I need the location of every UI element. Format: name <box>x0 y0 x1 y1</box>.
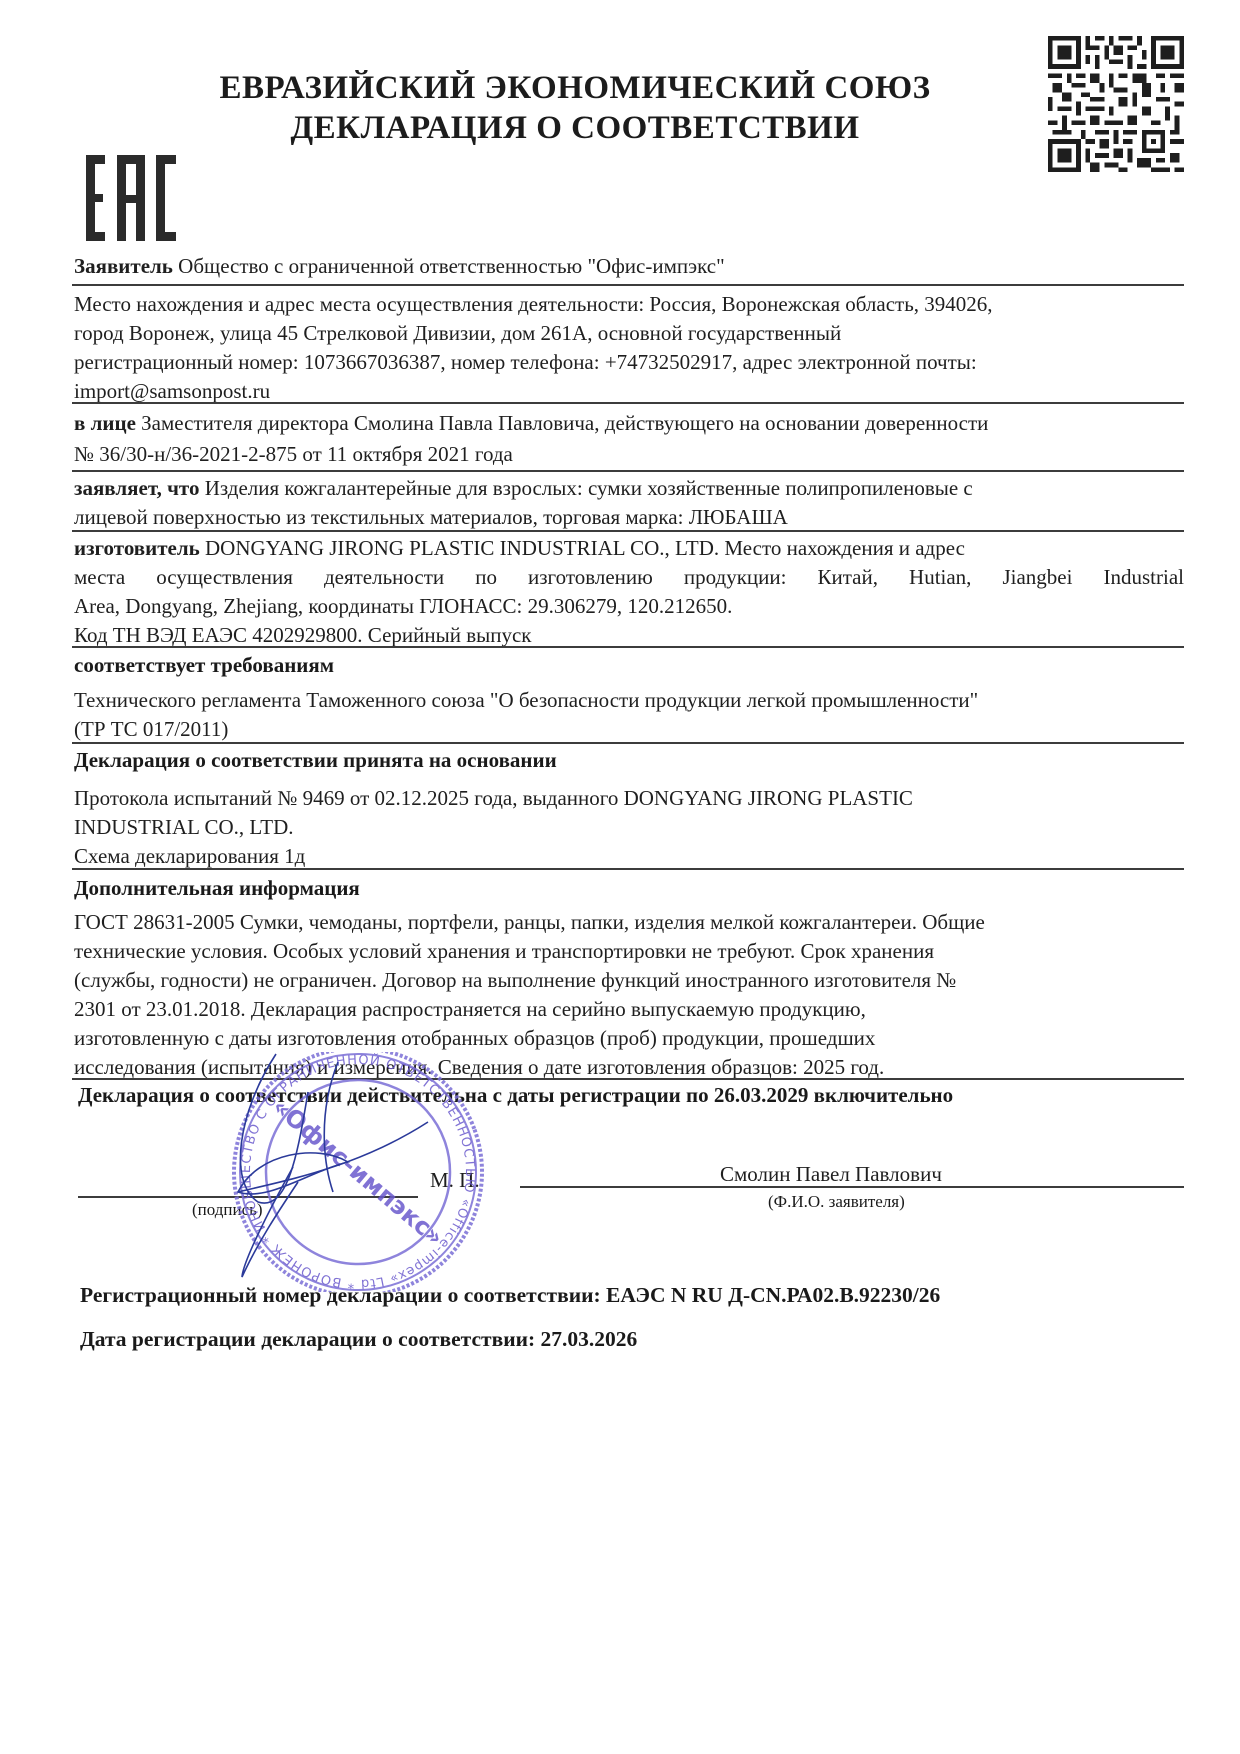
additional-info-line: ГОСТ 28631-2005 Сумки, чемоданы, портфел… <box>74 908 1184 937</box>
additional-info-line: 2301 от 23.01.2018. Декларация распростр… <box>74 995 1184 1024</box>
basis-heading: Декларация о соответствии принята на осн… <box>74 748 1184 773</box>
document-title-line1: ЕВРАЗИЙСКИЙ ЭКОНОМИЧЕСКИЙ СОЮЗ <box>200 68 950 108</box>
eac-mark-icon <box>86 155 176 241</box>
applicant-value: Общество с ограниченной ответственностью… <box>178 254 725 278</box>
divider <box>72 470 1184 472</box>
divider <box>72 742 1184 744</box>
regulation-line2: (ТР ТС 017/2011) <box>74 715 1184 744</box>
product-description-line1: Изделия кожгалантерейные для взрослых: с… <box>205 476 973 500</box>
manufacturer-line1: DONGYANG JIRONG PLASTIC INDUSTRIAL CO., … <box>205 536 965 560</box>
registration-number: Регистрационный номер декларации о соотв… <box>80 1283 940 1308</box>
qr-code-icon[interactable] <box>1046 36 1186 172</box>
additional-info-heading: Дополнительная информация <box>74 876 1184 901</box>
signatory-name: Смолин Павел Павлович <box>720 1160 942 1189</box>
representative-label: в лице <box>74 411 136 435</box>
declares: заявляет, что Изделия кожгалантерейные д… <box>74 474 1184 532</box>
conformity-heading: соответствует требованиям <box>74 653 1184 678</box>
registration-date: Дата регистрации декларации о соответств… <box>80 1327 637 1352</box>
manufacturer-line3: Area, Dongyang, Zhejiang, координаты ГЛО… <box>74 592 1184 621</box>
regulation-line1: Технического регламента Таможенного союз… <box>74 686 1184 715</box>
company-stamp: ОБЩЕСТВО С ОГРАНИЧЕННОЙ ОТВЕТСТВЕННОСТЬЮ… <box>198 1052 518 1292</box>
additional-info-line: изготовленную с даты изготовления отобра… <box>74 1024 1184 1053</box>
divider <box>72 530 1184 532</box>
applicant-address: Место нахождения и адрес места осуществл… <box>74 290 1184 406</box>
manufacturer: изготовитель DONGYANG JIRONG PLASTIC IND… <box>74 534 1184 650</box>
signatory-name-caption: (Ф.И.О. заявителя) <box>768 1192 905 1212</box>
divider <box>72 868 1184 870</box>
divider <box>72 646 1184 648</box>
representative: в лице Заместителя директора Смолина Пав… <box>74 408 1184 470</box>
manufacturer-line2: места осуществления деятельности по изго… <box>74 563 1184 592</box>
address-line: Место нахождения и адрес места осуществл… <box>74 290 1184 319</box>
address-line: город Воронеж, улица 45 Стрелковой Дивиз… <box>74 319 1184 348</box>
conformity-regulation: Технического регламента Таможенного союз… <box>74 686 1184 744</box>
additional-info-line: (службы, годности) не ограничен. Договор… <box>74 966 1184 995</box>
test-protocol-line1: Протокола испытаний № 9469 от 02.12.2025… <box>74 784 1184 813</box>
address-line: регистрационный номер: 1073667036387, но… <box>74 348 1184 377</box>
applicant-label: Заявитель <box>74 254 173 278</box>
test-protocol-line2: INDUSTRIAL CO., LTD. <box>74 813 1184 842</box>
document-title-line2: ДЕКЛАРАЦИЯ О СООТВЕТСТВИИ <box>200 108 950 148</box>
stamp-center-text: «Офис-импэкс» <box>267 1093 449 1252</box>
declares-label: заявляет, что <box>74 476 199 500</box>
divider <box>72 284 1184 286</box>
declaration-scheme: Схема декларирования 1д <box>74 842 1184 871</box>
basis: Протокола испытаний № 9469 от 02.12.2025… <box>74 784 1184 871</box>
product-description-line2: лицевой поверхностью из текстильных мате… <box>74 503 1184 532</box>
representative-line1: Заместителя директора Смолина Павла Павл… <box>141 411 988 435</box>
divider <box>72 402 1184 404</box>
additional-info-line: технические условия. Особых условий хран… <box>74 937 1184 966</box>
manufacturer-label: изготовитель <box>74 536 200 560</box>
representative-line2: № 36/30-н/36-2021-2-875 от 11 октября 20… <box>74 439 1184 470</box>
applicant: Заявитель Общество с ограниченной ответс… <box>74 252 1184 281</box>
